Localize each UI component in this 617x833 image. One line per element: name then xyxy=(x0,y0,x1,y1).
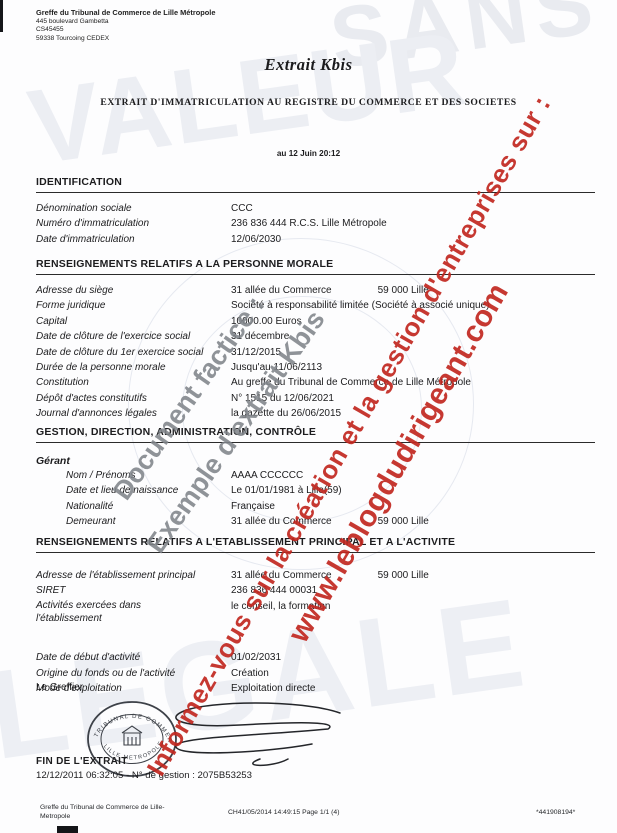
field-label: Adresse du siège xyxy=(36,283,231,298)
footer-issuer: Greffe du Tribunal de Commerce de Lille-… xyxy=(40,803,165,821)
field-value: CCC xyxy=(231,201,595,216)
field-label: Activités exercées dans l'établissement xyxy=(36,599,231,625)
field-value: 01/02/2031 xyxy=(231,650,595,665)
document-title: Extrait Kbis xyxy=(0,55,617,75)
stamp-building-icon xyxy=(122,726,142,745)
field-label: Dénomination sociale xyxy=(36,201,231,216)
section-rule xyxy=(36,274,595,275)
field-row-constitution: Constitution Au greffe du Tribunal de Co… xyxy=(36,375,595,390)
field-row-origine-fonds: Origine du fonds ou de l'activité Créati… xyxy=(36,666,595,681)
address-city: 59 000 Lille xyxy=(378,568,429,583)
section-heading: RENSEIGNEMENTS RELATIFS A L'ETABLISSEMEN… xyxy=(36,536,595,548)
field-label: SIRET xyxy=(36,583,231,598)
issuer-city: 59338 Tourcoing CEDEX xyxy=(36,35,215,44)
field-label: Capital xyxy=(36,314,231,329)
section-rule xyxy=(36,552,595,553)
field-label-line2: l'établissement xyxy=(36,613,231,625)
section-heading: RENSEIGNEMENTS RELATIFS A LA PERSONNE MO… xyxy=(36,258,595,270)
greffier-label: Le Greffier xyxy=(36,682,83,693)
issuer-address-block: Greffe du Tribunal de Commerce de Lille … xyxy=(36,9,215,43)
field-row-cloture-1er-exercice: Date de clôture du 1er exercice social 3… xyxy=(36,345,595,360)
field-label: Numéro d'immatriculation xyxy=(36,216,231,231)
field-label: Date de clôture de l'exercice social xyxy=(36,329,231,344)
field-label: Date d'immatriculation xyxy=(36,232,231,247)
section-heading: GESTION, DIRECTION, ADMINISTRATION, CONT… xyxy=(36,426,595,438)
footer-page-info: CH41/05/2014 14:49:15 Page 1/1 (4) xyxy=(228,809,339,816)
issuer-street: 445 boulevard Gambetta xyxy=(36,18,215,27)
field-value: 236 836 444 00031 xyxy=(231,583,595,598)
section-rule xyxy=(36,442,595,443)
field-row-debut-activite: Date de début d'activité 01/02/2031 xyxy=(36,650,595,665)
kbis-document-page: SANS VALEUR LEGALE Greffe du Tribunal de… xyxy=(0,0,617,833)
field-row-duree: Durée de la personne morale Jusqu'au 11/… xyxy=(36,360,595,375)
field-row-date-immatriculation: Date d'immatriculation 12/06/2030 xyxy=(36,232,595,247)
issuer-name: Greffe du Tribunal de Commerce de Lille … xyxy=(36,9,215,18)
scan-artifact-top-left xyxy=(0,0,3,32)
timestamp-gestion-number: 12/12/2011 06:32:05 - N° de gestion : 20… xyxy=(36,770,252,781)
footer-barcode-number: *441908194* xyxy=(536,809,575,816)
issuer-cs: CS45455 xyxy=(36,26,215,35)
field-label: Forme juridique xyxy=(36,298,231,313)
field-value: 236 836 444 R.C.S. Lille Métropole xyxy=(231,216,595,231)
field-label: Demeurant xyxy=(36,514,231,529)
field-row-journal-annonces: Journal d'annonces légales la gazette du… xyxy=(36,406,595,421)
field-label-line1: Activités exercées dans xyxy=(36,600,231,612)
footer-issuer-line1: Greffe du Tribunal de Commerce de Lille- xyxy=(40,803,165,812)
field-value: le conseil, la formation xyxy=(231,599,595,625)
field-label: Journal d'annonces légales xyxy=(36,406,231,421)
end-of-extract-label: FIN DE L'EXTRAIT xyxy=(36,756,128,767)
field-row-denomination: Dénomination sociale CCC xyxy=(36,201,595,216)
section-identification: IDENTIFICATION Dénomination sociale CCC … xyxy=(36,176,595,247)
footer-issuer-line2: Metropole xyxy=(40,812,165,821)
field-row-mode-exploitation: Mode d'exploitation Exploitation directe xyxy=(36,681,595,696)
field-row-depot-actes: Dépôt d'actes constitutifs N° 1515 du 12… xyxy=(36,391,595,406)
field-value: 12/06/2030 xyxy=(231,232,595,247)
scan-artifact-bottom-left xyxy=(57,826,78,833)
field-value: Exploitation directe xyxy=(231,681,595,696)
section-rule xyxy=(36,192,595,193)
field-value: Création xyxy=(231,666,595,681)
field-value: Française xyxy=(231,499,595,514)
field-label: Adresse de l'établissement principal xyxy=(36,568,231,583)
field-value: Le 01/01/1981 à Lille(59) xyxy=(231,483,595,498)
field-row-numero-immatriculation: Numéro d'immatriculation 236 836 444 R.C… xyxy=(36,216,595,231)
